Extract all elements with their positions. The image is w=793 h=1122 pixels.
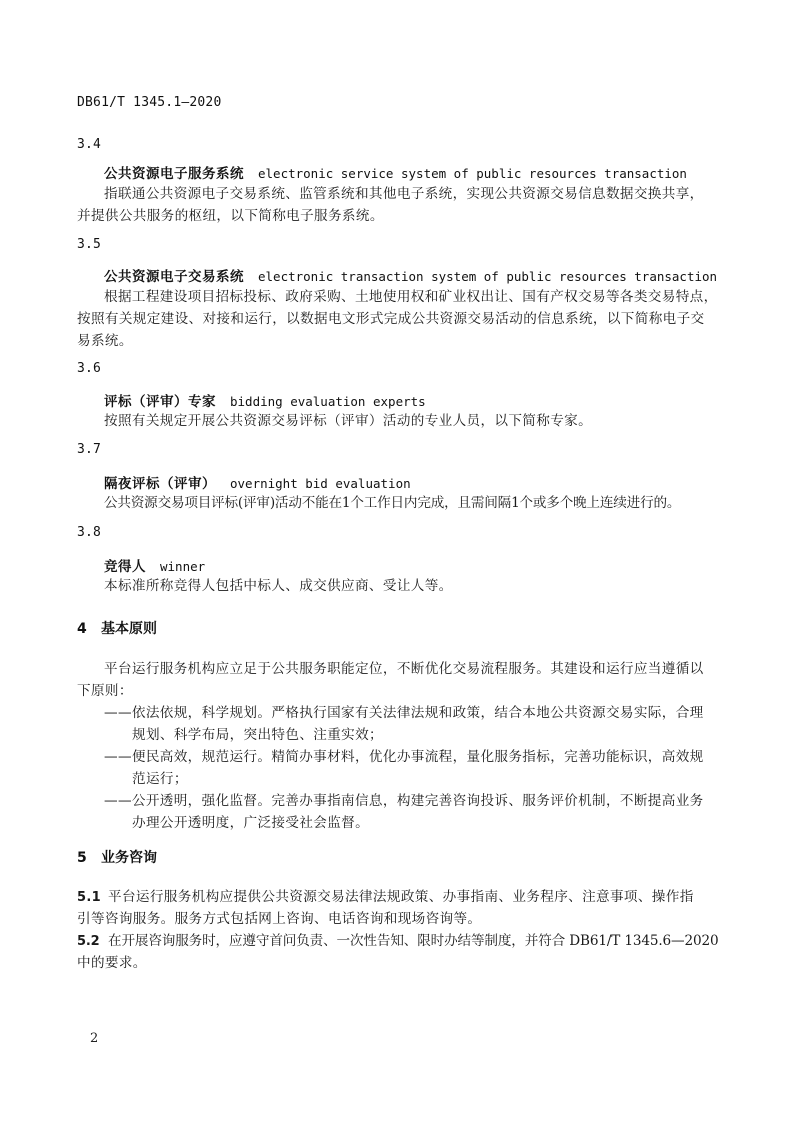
term-english: overnight bid evaluation	[230, 476, 411, 491]
clause-text: 在开展咨询服务时，应遵守首问负责、一次性告知、限时办结等制度，并符合 DB61/…	[108, 933, 718, 949]
term-chinese: 公共资源电子服务系统	[104, 166, 244, 182]
clause-5-1: 5.1平台运行服务机构应提供公共资源交易法律法规政策、办事指南、业务程序、注意事…	[77, 886, 713, 930]
list-item-line: 规划、科学布局，突出特色、注重实效；	[77, 724, 713, 746]
term-definition: 指联通公共资源电子交易系统、监管系统和其他电子系统，实现公共资源交易信息数据交换…	[77, 183, 713, 227]
term-english: bidding evaluation experts	[230, 394, 426, 409]
section-heading-5: 5业务咨询	[77, 847, 157, 867]
term-chinese: 竞得人	[104, 559, 146, 575]
definition-line: 本标准所称竞得人包括中标人、成交供应商、受让人等。	[77, 575, 713, 597]
principle-item: ——便民高效，规范运行。精简办事材料，优化办事流程，量化服务指标，完善功能标识，…	[77, 746, 713, 790]
term-number: 3.8	[77, 525, 101, 540]
section-5-body: 5.1平台运行服务机构应提供公共资源交易法律法规政策、办事指南、业务程序、注意事…	[77, 886, 713, 974]
clause-text: 平台运行服务机构应提供公共资源交易法律法规政策、办事指南、业务程序、注意事项、操…	[108, 889, 694, 905]
page-number: 2	[90, 1031, 98, 1046]
term-english: electronic transaction system of public …	[258, 269, 717, 284]
section-title: 业务咨询	[101, 850, 157, 866]
clause-line: 中的要求。	[77, 952, 713, 974]
term-number: 3.7	[77, 442, 101, 457]
principle-item: ——依法依规，科学规划。严格执行国家有关法律法规和政策，结合本地公共资源交易实际…	[77, 702, 713, 746]
list-item-line: 范运行；	[77, 768, 713, 790]
paragraph-line: 平台运行服务机构应立足于公共服务职能定位，不断优化交易流程服务。其建设和运行应当…	[77, 658, 713, 680]
clause-line: 5.2在开展咨询服务时，应遵守首问负责、一次性告知、限时办结等制度，并符合 DB…	[77, 930, 713, 952]
term-english: winner	[160, 559, 205, 574]
term-definition: 根据工程建设项目招标投标、政府采购、土地使用权和矿业权出让、国有产权交易等各类交…	[77, 286, 713, 352]
definition-line: 易系统。	[77, 330, 713, 352]
list-item-line: ——依法依规，科学规划。严格执行国家有关法律法规和政策，结合本地公共资源交易实际…	[77, 702, 713, 724]
term-number: 3.5	[77, 237, 101, 252]
list-item-line: ——便民高效，规范运行。精简办事材料，优化办事流程，量化服务指标，完善功能标识，…	[77, 746, 713, 768]
term-heading: 公共资源电子服务系统electronic service system of p…	[104, 162, 687, 182]
list-item-line: 办理公开透明度，广泛接受社会监督。	[77, 812, 713, 834]
definition-line: 按照有关规定建设、对接和运行，以数据电文形式完成公共资源交易活动的信息系统，以下…	[77, 308, 713, 330]
section-heading-4: 4基本原则	[77, 618, 157, 638]
term-chinese: 隔夜评标（评审）	[104, 476, 216, 492]
document-id-header: DB61/T 1345.1—2020	[77, 95, 221, 110]
term-heading: 竞得人winner	[104, 555, 205, 575]
definition-line: 并提供公共服务的枢纽，以下简称电子服务系统。	[77, 205, 713, 227]
term-definition: 按照有关规定开展公共资源交易评标（评审）活动的专业人员，以下简称专家。	[77, 410, 713, 432]
definition-line: 按照有关规定开展公共资源交易评标（评审）活动的专业人员，以下简称专家。	[77, 410, 713, 432]
term-definition: 公共资源交易项目评标(评审)活动不能在1个工作日内完成，且需间隔1个或多个晚上连…	[77, 492, 713, 514]
clause-line: 引等咨询服务。服务方式包括网上咨询、电话咨询和现场咨询等。	[77, 908, 713, 930]
document-page: DB61/T 1345.1—2020 3.4 公共资源电子服务系统electro…	[0, 0, 793, 1122]
term-english: electronic service system of public reso…	[258, 166, 687, 181]
term-heading: 隔夜评标（评审）overnight bid evaluation	[104, 472, 411, 492]
section-title: 基本原则	[101, 621, 157, 637]
term-chinese: 评标（评审）专家	[104, 394, 216, 410]
clause-number: 5.1	[77, 887, 108, 909]
term-chinese: 公共资源电子交易系统	[104, 269, 244, 285]
clause-line: 5.1平台运行服务机构应提供公共资源交易法律法规政策、办事指南、业务程序、注意事…	[77, 886, 713, 908]
section-number: 4	[77, 621, 101, 637]
term-number: 3.6	[77, 361, 101, 376]
term-heading: 评标（评审）专家bidding evaluation experts	[104, 390, 426, 410]
clause-5-2: 5.2在开展咨询服务时，应遵守首问负责、一次性告知、限时办结等制度，并符合 DB…	[77, 930, 713, 974]
clause-number: 5.2	[77, 931, 108, 953]
term-heading: 公共资源电子交易系统electronic transaction system …	[104, 265, 717, 285]
definition-line: 指联通公共资源电子交易系统、监管系统和其他电子系统，实现公共资源交易信息数据交换…	[77, 183, 713, 205]
definition-line: 根据工程建设项目招标投标、政府采购、土地使用权和矿业权出让、国有产权交易等各类交…	[77, 286, 713, 308]
definition-line: 公共资源交易项目评标(评审)活动不能在1个工作日内完成，且需间隔1个或多个晚上连…	[77, 492, 713, 514]
paragraph-line: 下原则：	[77, 680, 713, 702]
list-item-line: ——公开透明，强化监督。完善办事指南信息，构建完善咨询投诉、服务评价机制，不断提…	[77, 790, 713, 812]
principle-item: ——公开透明，强化监督。完善办事指南信息，构建完善咨询投诉、服务评价机制，不断提…	[77, 790, 713, 834]
term-number: 3.4	[77, 137, 101, 152]
section-4-body: 平台运行服务机构应立足于公共服务职能定位，不断优化交易流程服务。其建设和运行应当…	[77, 658, 713, 834]
term-definition: 本标准所称竞得人包括中标人、成交供应商、受让人等。	[77, 575, 713, 597]
section-number: 5	[77, 850, 101, 866]
